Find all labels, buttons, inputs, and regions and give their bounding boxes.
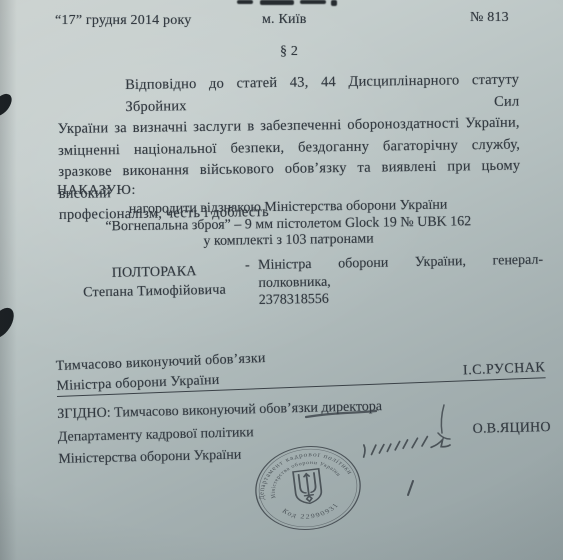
trident-icon	[293, 469, 323, 505]
section-mark: § 2	[280, 43, 298, 60]
round-stamp: Департамент кадрової політики Міністерст…	[247, 437, 369, 538]
order-number: № 813	[470, 9, 509, 26]
yatsyno-name: О.В.ЯЦИНО	[473, 419, 551, 438]
recipient-surname: ПОЛТОРАКА	[78, 263, 230, 283]
acting-minister-block: Тимчасово виконуючий обов’язки Міністра …	[56, 339, 546, 397]
rusnak-name: І.С.РУСНАК	[463, 359, 546, 379]
order-heading: НАКАЗУЮ:	[57, 182, 136, 199]
recipient-dash: -	[245, 257, 250, 274]
pen-stroke	[404, 479, 418, 497]
award-block: нагородити відзнакою Міністерства оборон…	[57, 197, 520, 253]
recipient-name: Степана Тимофійовича	[78, 282, 230, 302]
recipient-block: ПОЛТОРАКА Степана Тимофійовича - Міністр…	[0, 251, 563, 262]
pen-stroke	[434, 403, 454, 443]
body-line: Відповідно до статей 43, 44 Дисциплінарн…	[57, 70, 520, 119]
document-photo: “17” грудня 2014 року м. Київ № 813 § 2 …	[0, 0, 563, 560]
clip-mark-bottom	[0, 304, 19, 343]
signature-underline: Тимчасово виконуючий обов’язки Міністра …	[56, 339, 546, 397]
order-city: м. Київ	[262, 11, 307, 28]
clip-mark-top	[0, 90, 16, 120]
strikethrough-mark	[305, 408, 377, 420]
order-date: “17” грудня 2014 року	[55, 12, 191, 29]
